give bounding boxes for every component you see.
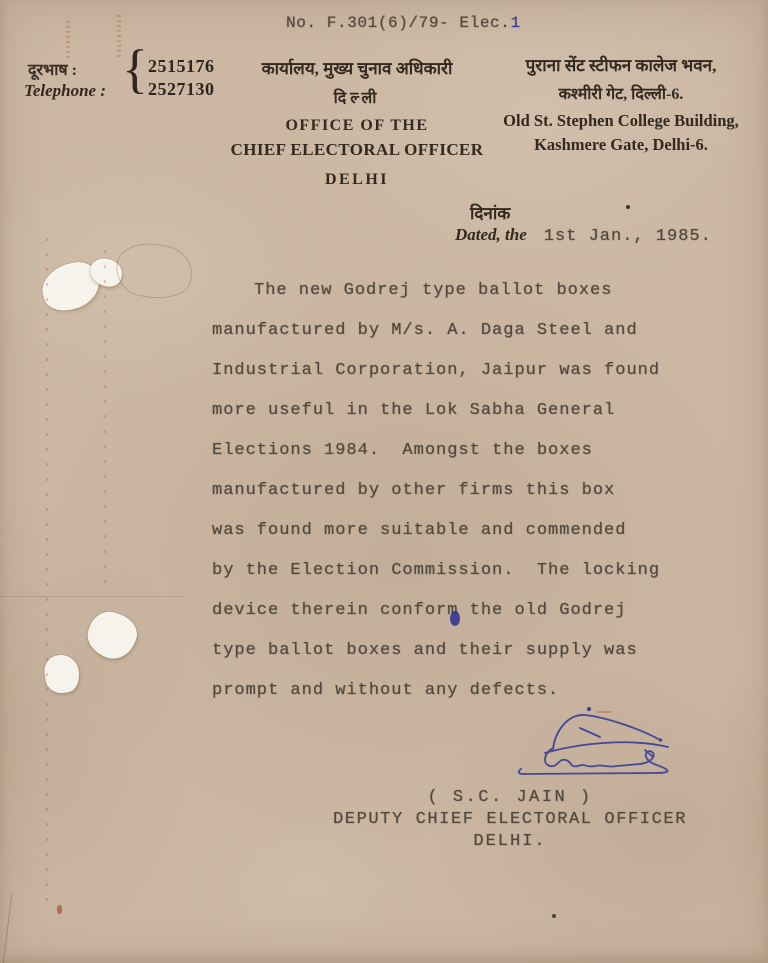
red-speck bbox=[57, 905, 62, 914]
signatory-place: DELHI. bbox=[330, 832, 690, 851]
reference-number-prefix: No. F.301(6)/79- Elec. bbox=[286, 14, 510, 32]
telephone-brace: { bbox=[122, 42, 148, 96]
ink-speck bbox=[626, 205, 630, 209]
body-line: The new Godrej type ballot boxes bbox=[212, 274, 702, 314]
date-value: 1st Jan., 1985. bbox=[544, 227, 712, 246]
paper-hole bbox=[43, 653, 82, 695]
telephone-number-1: 2515176 bbox=[148, 56, 215, 77]
office-name-hindi: कार्यालय, मुख्य चुनाव अधिकारी bbox=[228, 56, 486, 79]
ink-speck bbox=[552, 914, 556, 918]
scan-edge-line bbox=[3, 893, 13, 963]
telephone-number-2: 2527130 bbox=[148, 79, 215, 100]
torn-paper-outline bbox=[112, 238, 196, 303]
paper-crease bbox=[0, 596, 186, 597]
body-line: Industrial Corporation, Jaipur was found bbox=[212, 354, 702, 394]
reference-number-suffix: 1 bbox=[510, 14, 520, 32]
red-dotted-margin-line bbox=[46, 238, 48, 912]
date-label-english: Dated, the bbox=[455, 225, 527, 245]
body-line: by the Election Commission. The locking bbox=[212, 554, 702, 594]
letterhead-center: कार्यालय, मुख्य चुनाव अधिकारी दिल्ली OFF… bbox=[228, 56, 486, 189]
red-ink-bleed-mark bbox=[66, 21, 70, 59]
telephone-label-english: Telephone : bbox=[24, 81, 106, 101]
date-line: Dated, the 1st Jan., 1985. bbox=[455, 225, 712, 246]
date-label-hindi: दिनांक bbox=[470, 201, 510, 224]
address-hindi-line-2: कश्मीरी गेट, दिल्ली-6. bbox=[488, 82, 754, 104]
letterhead-address: पुराना सेंट स्टीफन कालेज भवन, कश्मीरी गे… bbox=[488, 53, 754, 155]
signatory-name: ( S.C. JAIN ) bbox=[330, 788, 690, 807]
paper-hole bbox=[82, 607, 142, 665]
scanned-letter-page: No. F.301(6)/79- Elec.1 दूरभाष : Telepho… bbox=[0, 0, 768, 963]
office-line-3: DELHI bbox=[228, 171, 486, 189]
address-english-line-2: Kashmere Gate, Delhi-6. bbox=[488, 135, 754, 155]
reference-number: No. F.301(6)/79- Elec.1 bbox=[286, 14, 521, 32]
telephone-label-hindi: दूरभाष : bbox=[28, 58, 77, 80]
red-ink-bleed-mark bbox=[117, 15, 121, 59]
office-line-2: CHIEF ELECTORAL OFFICER bbox=[228, 140, 486, 160]
signatory-title: DEPUTY CHIEF ELECTORAL OFFICER bbox=[330, 810, 690, 829]
body-line: manufactured by other firms this box bbox=[212, 474, 702, 514]
address-english-line-1: Old St. Stephen College Building, bbox=[488, 111, 754, 131]
signatory-block: ( S.C. JAIN ) DEPUTY CHIEF ELECTORAL OFF… bbox=[330, 788, 690, 851]
body-line: manufactured by M/s. A. Daga Steel and bbox=[212, 314, 702, 354]
body-line: more useful in the Lok Sabha General bbox=[212, 394, 702, 434]
office-line-1: OFFICE OF THE bbox=[228, 117, 486, 135]
body-line: type ballot boxes and their supply was bbox=[212, 634, 702, 674]
red-dotted-margin-line bbox=[104, 250, 106, 588]
signature-ink bbox=[405, 698, 695, 790]
letter-body: The new Godrej type ballot boxes manufac… bbox=[212, 274, 702, 714]
address-hindi-line-1: पुराना सेंट स्टीफन कालेज भवन, bbox=[488, 53, 754, 76]
body-line: was found more suitable and commended bbox=[212, 514, 702, 554]
body-line: Elections 1984. Amongst the boxes bbox=[212, 434, 702, 474]
office-city-hindi: दिल्ली bbox=[228, 86, 486, 108]
ink-correction-blot bbox=[450, 611, 460, 626]
